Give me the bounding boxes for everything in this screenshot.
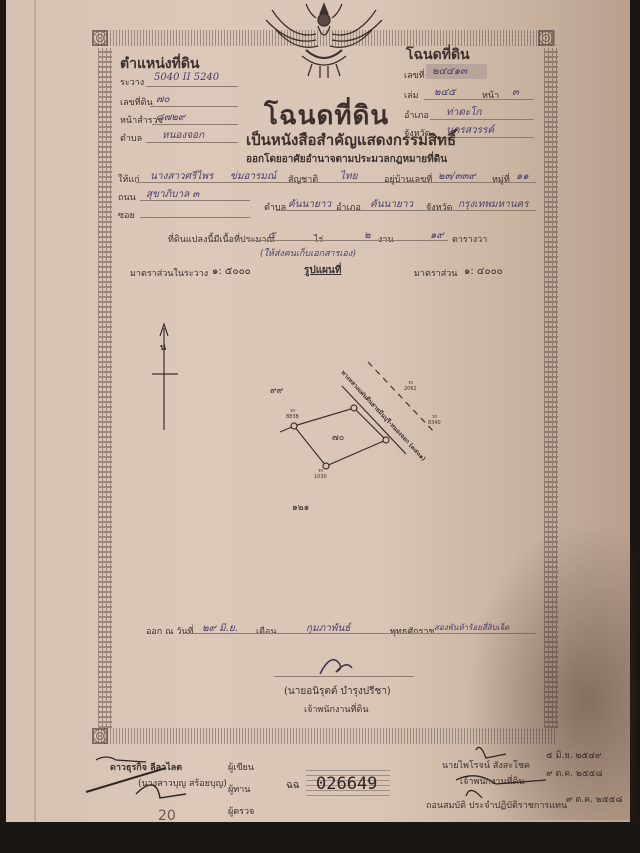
- month-label: เดือน: [256, 624, 276, 638]
- parcel-number: ๗๐: [332, 430, 344, 444]
- shadow-overlay: [466, 520, 636, 820]
- year-stamp: 20: [158, 808, 176, 824]
- marker-label: วก8340: [428, 414, 441, 426]
- issued-date-label: ออก ณ วันที่: [146, 624, 193, 638]
- neighbor-parcel-nw: ๙๙: [270, 383, 283, 397]
- role-writer: ผู้เขียน: [228, 760, 254, 774]
- deed-paper: ตำแหน่งที่ดิน ระวาง 5040 II 5240 เลขที่ด…: [6, 0, 630, 822]
- officer-name: (นายอนิรุตต์ บำรุงปรีชา): [284, 684, 391, 699]
- marker-label: วก8838: [286, 408, 299, 420]
- officer-title: เจ้าพนักงานที่ดิน: [304, 702, 368, 716]
- serial-number: 026649: [316, 774, 377, 794]
- north-label: น: [160, 340, 166, 354]
- left-signer-name: (นางสาวบุญ สร้อยบุญ): [138, 776, 227, 790]
- left-signer-stamp: ดาวธุรกิจ ลีลาไลต: [110, 760, 182, 774]
- role-inspector: ผู้ตรวจ: [228, 804, 254, 818]
- neighbor-parcel-s: ๑๒๑: [292, 500, 309, 514]
- marker-label: วก1030: [314, 468, 327, 480]
- year-label: พุทธศักราช: [390, 624, 435, 638]
- role-reviewer: ผู้ทาน: [228, 782, 250, 796]
- serial-prefix: ฉฉ: [286, 778, 300, 793]
- marker-label: วก2062: [404, 380, 417, 392]
